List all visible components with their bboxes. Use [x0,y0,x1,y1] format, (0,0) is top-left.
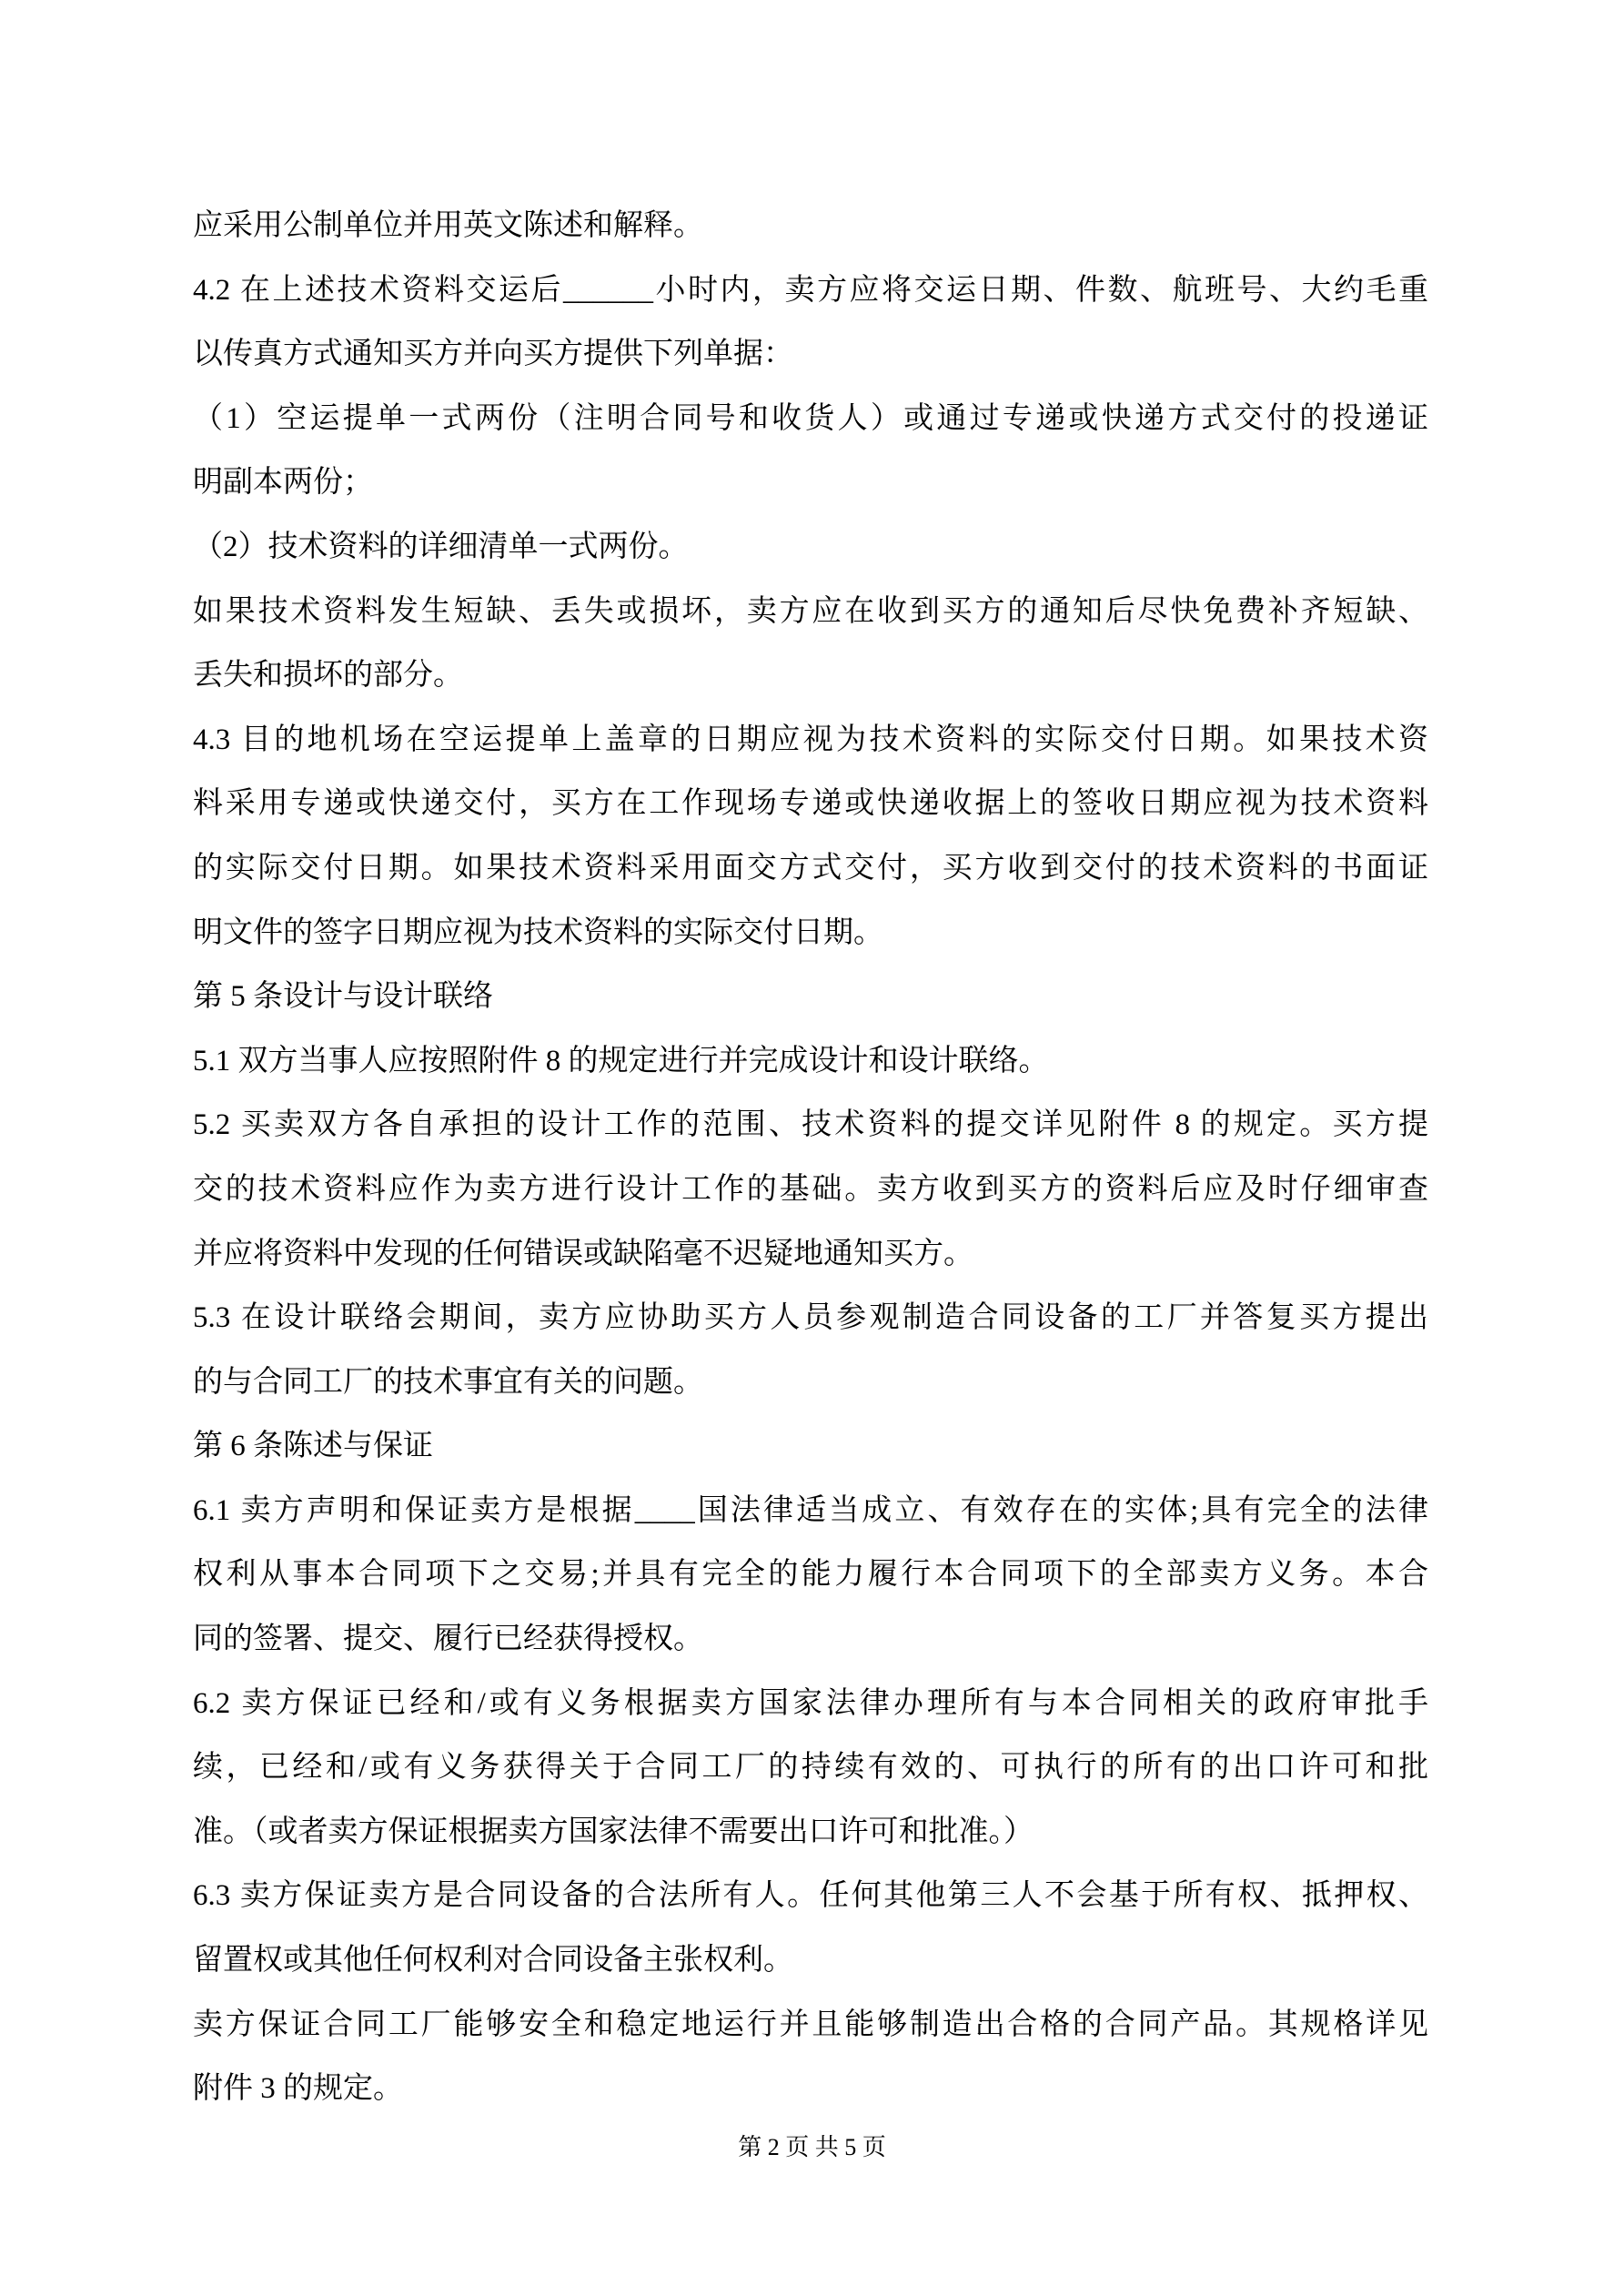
text-line: 第 5 条设计与设计联络 [193,965,1428,1029]
text-line: 第 6 条陈述与保证 [193,1414,1428,1479]
text-line: 6.1 卖方声明和保证卖方是根据____国法律适当成立、有效存在的实体;具有完全… [193,1479,1428,1543]
text-line: 5.3 在设计联络会期间，卖方应协助买方人员参观制造合同设备的工厂并答复买方提出 [193,1286,1428,1350]
text-line: 附件 3 的规定。 [193,2057,1428,2121]
text-line: 应采用公制单位并用英文陈述和解释。 [193,194,1428,258]
text-line: 明文件的签字日期应视为技术资料的实际交付日期。 [193,901,1428,966]
text-line: 的与合同工厂的技术事宜有关的问题。 [193,1350,1428,1415]
text-line: 5.1 双方当事人应按照附件 8 的规定进行并完成设计和设计联络。 [193,1029,1428,1094]
text-line: 卖方保证合同工厂能够安全和稳定地运行并且能够制造出合格的合同产品。其规格详见 [193,1993,1428,2058]
text-line: 料采用专递或快递交付，买方在工作现场专递或快递收据上的签收日期应视为技术资料 [193,772,1428,836]
text-line: （1）空运提单一式两份（注明合同号和收货人）或通过专递或快递方式交付的投递证 [193,387,1428,451]
text-line: 丢失和损坏的部分。 [193,643,1428,708]
text-line: 4.3 目的地机场在空运提单上盖章的日期应视为技术资料的实际交付日期。如果技术资 [193,708,1428,773]
page-number-text: 第 2 页 共 5 页 [738,2134,886,2160]
text-line: 留置权或其他任何权利对合同设备主张权利。 [193,1928,1428,1993]
text-line: 如果技术资料发生短缺、丢失或损坏，卖方应在收到买方的通知后尽快免费补齐短缺、 [193,580,1428,644]
text-line: 同的签署、提交、履行已经获得授权。 [193,1607,1428,1672]
text-line: 明副本两份； [193,450,1428,515]
text-line: 以传真方式通知买方并向买方提供下列单据： [193,322,1428,387]
document-page: 应采用公制单位并用英文陈述和解释。4.2 在上述技术资料交运后______小时内… [0,0,1624,2296]
text-line: 权利从事本合同项下之交易;并具有完全的能力履行本合同项下的全部卖方义务。本合 [193,1542,1428,1607]
page-footer: 第 2 页 共 5 页 [0,2129,1624,2166]
text-line: （2）技术资料的详细清单一式两份。 [193,515,1428,580]
text-line: 准。（或者卖方保证根据卖方国家法律不需要出口许可和批准。） [193,1800,1428,1865]
text-line: 续，已经和/或有义务获得关于合同工厂的持续有效的、可执行的所有的出口许可和批 [193,1735,1428,1800]
contract-body: 应采用公制单位并用英文陈述和解释。4.2 在上述技术资料交运后______小时内… [193,194,1428,2121]
text-line: 6.2 卖方保证已经和/或有义务根据卖方国家法律办理所有与本合同相关的政府审批手 [193,1672,1428,1736]
text-line: 6.3 卖方保证卖方是合同设备的合法所有人。任何其他第三人不会基于所有权、抵押权… [193,1864,1428,1928]
text-line: 交的技术资料应作为卖方进行设计工作的基础。卖方收到买方的资料后应及时仔细审查 [193,1158,1428,1222]
text-line: 5.2 买卖双方各自承担的设计工作的范围、技术资料的提交详见附件 8 的规定。买… [193,1093,1428,1158]
text-line: 的实际交付日期。如果技术资料采用面交方式交付，买方收到交付的技术资料的书面证 [193,836,1428,901]
text-line: 4.2 在上述技术资料交运后______小时内，卖方应将交运日期、件数、航班号、… [193,258,1428,323]
text-line: 并应将资料中发现的任何错误或缺陷毫不迟疑地通知买方。 [193,1222,1428,1287]
